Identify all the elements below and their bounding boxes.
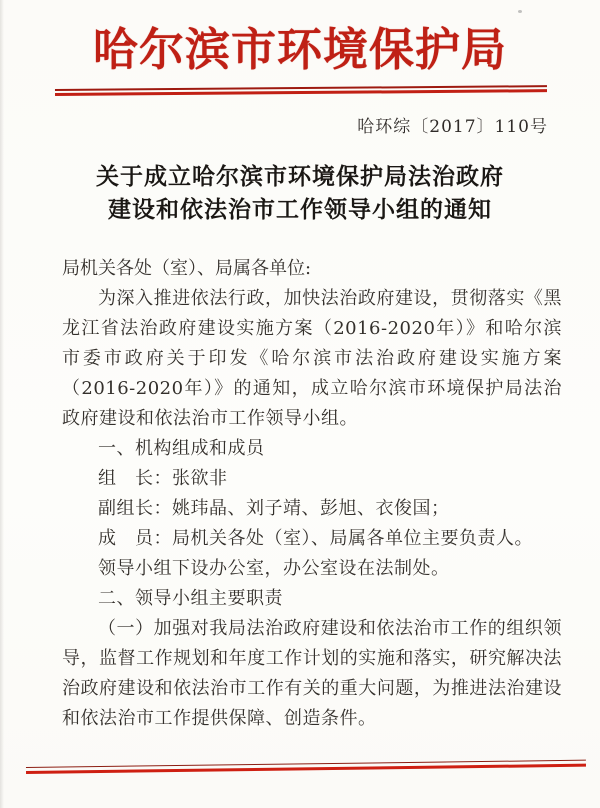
member-line-deputy-leaders: 副组长：姚玮晶、刘子靖、彭旭、衣俊国； [62, 494, 562, 524]
paragraph-duty-1: （一）加强对我局法治政府建设和依法治市工作的组织领导，监督工作规划和年度工作计划… [62, 614, 562, 734]
salutation-line: 局机关各处（室）、局属各单位: [62, 254, 562, 284]
office-location-line: 领导小组下设办公室，办公室设在法制处。 [62, 554, 562, 584]
member-line-leader: 组 长：张欲非 [62, 464, 562, 494]
scan-edge-shade [0, 0, 4, 808]
document-title-line2: 建设和依法治市工作领导小组的通知 [108, 196, 492, 223]
official-document-page: 哈尔滨市环境保护局 哈环综〔2017〕110号 关于成立哈尔滨市环境保护局法治政… [0, 0, 600, 808]
document-title-line1: 关于成立哈尔滨市环境保护局法治政府 [96, 163, 504, 190]
letterhead-red-rule [55, 85, 547, 96]
footer-red-rule [26, 760, 586, 774]
paragraph-intro: 为深入推进依法行政，加快法治政府建设，贯彻落实《黑龙江省法治政府建设实施方案（2… [62, 284, 562, 434]
document-body: 局机关各处（室）、局属各单位: 为深入推进依法行政，加快法治政府建设，贯彻落实《… [62, 254, 562, 734]
member-line-members: 成 员：局机关各处（室）、局属各单位主要负责人。 [62, 524, 562, 554]
agency-letterhead-title: 哈尔滨市环境保护局 [0, 13, 600, 78]
document-number: 哈环综〔2017〕110号 [357, 112, 548, 137]
section-heading-2: 二、领导小组主要职责 [62, 584, 562, 614]
section-heading-1: 一、机构组成和成员 [62, 434, 562, 464]
document-title: 关于成立哈尔滨市环境保护局法治政府 建设和依法治市工作领导小组的通知 [0, 160, 600, 226]
